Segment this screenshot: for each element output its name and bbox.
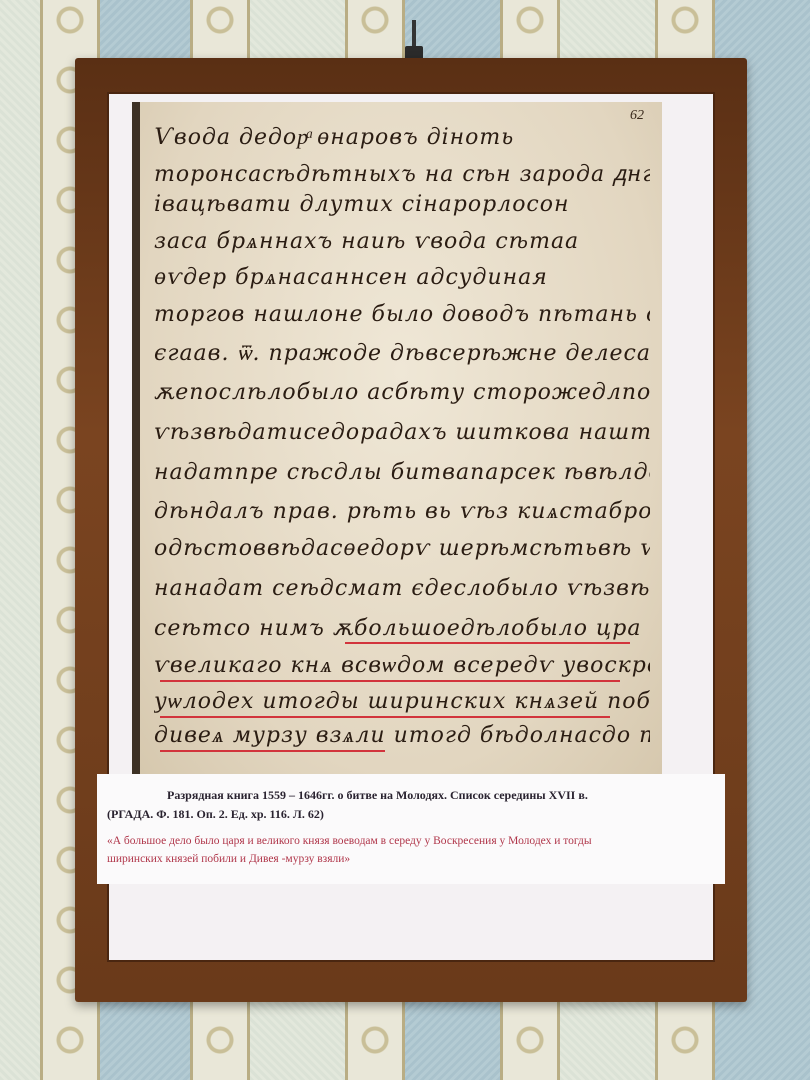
- manuscript-line: одѣстоввѣдасѳедорѵ шерѣмсѣтьвѣ ѵіндѣдо п…: [154, 536, 650, 564]
- red-underline: [160, 680, 620, 682]
- manuscript-line: ѵвеликаго кнѧ всвѡдом всередѵ увоскресен…: [154, 652, 650, 680]
- manuscript-line: заса брѧннахъ наиѣ ѵвода сѣтаа: [154, 228, 650, 256]
- manuscript-line: уѡлодех итогды ширинских кнѧзей побили і: [154, 688, 650, 716]
- manuscript-line: ѫепослѣлобыло асбѣту сторожедлпорт: [154, 380, 650, 408]
- manuscript-line: івацѣвати длутих сінарорлосон: [154, 192, 650, 220]
- caption-title: Разрядная книга 1559 – 1646гг. о битве н…: [167, 788, 588, 803]
- manuscript-line: сеѣтсо нимъ ѫбольшоедѣлобыло цра: [154, 616, 650, 644]
- folio-number: 62: [630, 108, 644, 124]
- caption-archive-reference: (РГАДА. Ф. 181. Оп. 2. Ед. хр. 116. Л. 6…: [107, 807, 324, 822]
- frame-mat: 62 Ѵвода дедорͣ ѳнаровъ діноть торонсасѣ…: [107, 92, 715, 962]
- picture-frame: 62 Ѵвода дедорͣ ѳнаровъ діноть торонсасѣ…: [75, 58, 747, 1002]
- manuscript-line: торонсасѣдѣтныхъ на сѣн зарода ᲁнг: [154, 158, 650, 186]
- manuscript-line: надатпре сѣсдлы битвапарсек ѣвѣлддеѳо: [154, 460, 650, 488]
- manuscript-page: 62 Ѵвода дедорͣ ѳнаровъ діноть торонсасѣ…: [132, 102, 662, 774]
- manuscript-line: дѣндалъ прав. рѣть вь ѵѣз киѧстабромаров…: [154, 498, 650, 526]
- manuscript-line: нанадат сеѣдсмат єдеслобыло ѵѣзвѣ: [154, 576, 650, 604]
- red-underline: [160, 750, 385, 752]
- red-underline: [160, 716, 610, 718]
- caption-quote: «А большое дело было царя и великого кня…: [107, 832, 607, 868]
- manuscript-line: дивеѧ мурзу взѧли итогд бѣдолнасдо полно: [154, 722, 650, 750]
- manuscript-line: єгаав. ѿ. пражоде дѣвсерѣжне делесарь: [154, 340, 650, 368]
- manuscript-line: Ѵвода дедорͣ ѳнаровъ діноть: [154, 124, 650, 152]
- manuscript-line: ѵѣзвѣдатиседорадахъ шиткова наштеседород…: [154, 420, 650, 448]
- caption-label: Разрядная книга 1559 – 1646гг. о битве н…: [97, 774, 725, 884]
- manuscript-line: ѳѵдер брѧнасаннсен адсудиная: [154, 264, 650, 292]
- manuscript-line: торгов нашлоне было доводъ пѣтань дѣ: [154, 302, 650, 330]
- red-underline: [345, 642, 630, 644]
